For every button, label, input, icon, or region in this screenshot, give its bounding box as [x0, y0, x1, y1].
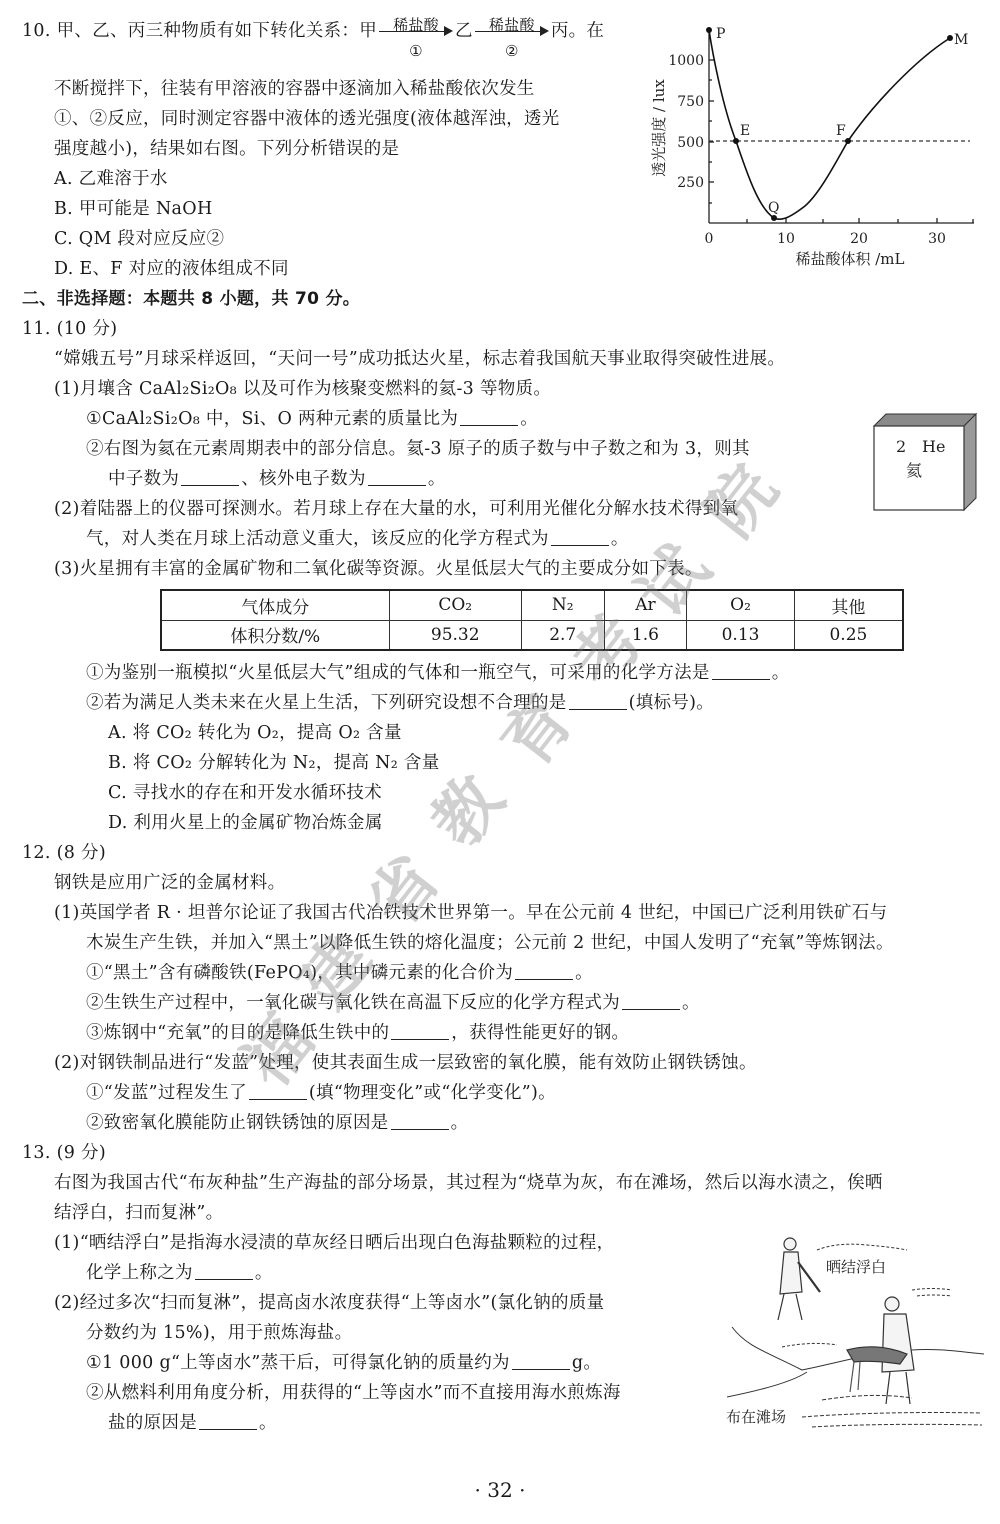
q10-number: 10.: [22, 21, 51, 41]
y-tick-labels: 1000 750 500 250: [668, 53, 704, 191]
q11-part2a: (2)着陆器上的仪器可探测水。若月球上存在大量的水，可利用光催化分解水技术得到氧: [54, 494, 738, 524]
svg-text:M: M: [954, 32, 968, 48]
figure-left: [778, 1238, 820, 1320]
q11-intro: “嫦娥五号”月球采样返回，“天问一号”成功抵达火星，标志着我国航天事业取得突破性…: [54, 344, 785, 374]
q13-header: 13. (9 分): [22, 1138, 106, 1168]
element-symbol: He: [922, 437, 945, 456]
answer-blank[interactable]: [512, 1352, 570, 1370]
q11-part1-1: ①CaAl₂Si₂O₈ 中，Si、O 两种元素的质量比为。: [86, 404, 538, 434]
q10-option-b: B. 甲可能是 NaOH: [54, 194, 213, 224]
q10-stem-line4: 强度越小)，结果如右图。下列分析错误的是: [54, 134, 399, 164]
q13-part2a: (2)经过多次“扫而复淋”，提高卤水浓度获得“上等卤水”(氯化钠的质量: [54, 1288, 604, 1318]
q11-part1-2b: 中子数为、核外电子数为。: [108, 464, 446, 494]
svg-text:1000: 1000: [668, 53, 704, 69]
q12-header: 12. (8 分): [22, 838, 106, 868]
q13-part1b: 化学上称之为。: [86, 1258, 273, 1288]
q13-intro-a: 右图为我国古代“布灰种盐”生产海盐的部分场景，其过程为“烧草为灰，布在滩场，然后…: [54, 1168, 883, 1198]
answer-blank[interactable]: [181, 468, 239, 486]
q12-part1-2: ②生铁生产过程中，一氧化碳与氧化铁在高温下反应的化学方程式为。: [86, 988, 700, 1018]
q11-part1: (1)月壤含 CaAl₂Si₂O₈ 以及可作为核聚变燃料的氦-3 等物质。: [54, 374, 551, 404]
arrow-icon: [444, 26, 453, 36]
answer-blank[interactable]: [622, 992, 680, 1010]
q11-part3-1: ①为鉴别一瓶模拟“火星低层大气”组成的气体和一瓶空气，可采用的化学方法是。: [86, 658, 790, 688]
q12-intro: 钢铁是应用广泛的金属材料。: [54, 868, 285, 898]
q13-part2b: 分数约为 15%)，用于煎炼海盐。: [86, 1318, 352, 1348]
answer-blank[interactable]: [199, 1412, 257, 1430]
answer-blank[interactable]: [515, 962, 573, 980]
x-axis-label: 稀盐酸体积 /mL: [795, 250, 904, 268]
arrow-icon: [540, 26, 549, 36]
q11-option-a: A. 将 CO₂ 转化为 O₂，提高 O₂ 含量: [108, 718, 402, 748]
q10-stem-line3: ①、②反应，同时测定容器中液体的透光强度(液体越浑浊，透光: [54, 104, 560, 134]
svg-text:10: 10: [777, 231, 795, 247]
svg-text:30: 30: [928, 231, 946, 247]
x-tick-labels: 0 10 20 30: [705, 231, 946, 247]
answer-blank[interactable]: [551, 528, 609, 546]
q11-part2b: 气，对人类在月球上活动意义重大，该反应的化学方程式为。: [86, 524, 629, 554]
answer-blank[interactable]: [391, 1112, 449, 1130]
salt-making-illustration: 晒结浮白 布在滩场: [722, 1222, 994, 1437]
mars-atmosphere-table: 气体成分CO₂N₂ ArO₂其他 体积分数/%95.322.7 1.60.130…: [160, 589, 904, 651]
q13-part2-2b: 盐的原因是。: [108, 1408, 277, 1438]
q10-option-c: C. QM 段对应反应②: [54, 224, 224, 254]
svg-text:E: E: [740, 123, 750, 139]
helium-element-card: 2 He 氦: [872, 412, 978, 512]
answer-blank[interactable]: [195, 1262, 253, 1280]
q10-stem-line1: 10. 甲、乙、丙三种物质有如下转化关系：甲稀盐酸①乙稀盐酸②丙。在: [22, 16, 604, 46]
q10-option-d: D. E、F 对应的液体组成不同: [54, 254, 289, 284]
q12-part1a: (1)英国学者 R · 坦普尔论证了我国古代冶铁技术世界第一。早在公元前 4 世…: [54, 898, 887, 928]
reaction-arrow-1: 稀盐酸①: [377, 16, 455, 46]
page-number: · 32 ·: [0, 1478, 1000, 1502]
answer-blank[interactable]: [460, 408, 518, 426]
section-2-heading: 二、非选择题：本题共 8 小题，共 70 分。: [22, 284, 360, 314]
q12-part2: (2)对钢铁制品进行“发蓝”处理，使其表面生成一层致密的氧化膜，能有效防止钢铁锈…: [54, 1048, 757, 1078]
illus-label-top: 晒结浮白: [826, 1258, 886, 1276]
q13-part1a: (1)“晒结浮白”是指海水浸渍的草灰经日晒后出现白色海盐颗粒的过程，: [54, 1228, 614, 1258]
illus-label-bottom: 布在滩场: [726, 1408, 786, 1426]
q10-stem-line2: 不断搅拌下，往装有甲溶液的容器中逐滴加入稀盐酸依次发生: [54, 74, 535, 104]
answer-blank[interactable]: [712, 662, 770, 680]
q11-option-d: D. 利用火星上的金属矿物冶炼金属: [108, 808, 383, 838]
q11-part3: (3)火星拥有丰富的金属矿物和二氧化碳等资源。火星低层大气的主要成分如下表。: [54, 554, 703, 584]
svg-text:P: P: [716, 26, 725, 42]
atomic-number: 2: [896, 437, 906, 456]
light-intensity-chart: 1000 750 500 250 0 10 20 30 稀盐酸体积 /mL 透光…: [640, 10, 1000, 280]
q10-option-a: A. 乙难溶于水: [54, 164, 168, 194]
svg-text:20: 20: [850, 231, 868, 247]
q12-part2-2: ②致密氧化膜能防止钢铁锈蚀的原因是。: [86, 1108, 468, 1138]
q11-header: 11. (10 分): [22, 314, 117, 344]
table-row: 体积分数/%95.322.7 1.60.130.25: [161, 620, 903, 650]
q11-option-c: C. 寻找水的存在和开发水循环技术: [108, 778, 382, 808]
element-name: 氦: [906, 461, 922, 480]
q11-part1-2a: ②右图为氦在元素周期表中的部分信息。氦-3 原子的质子数与中子数之和为 3，则其: [86, 434, 750, 464]
svg-text:0: 0: [705, 231, 714, 247]
figure-right: [847, 1297, 914, 1404]
answer-blank[interactable]: [391, 1022, 449, 1040]
q13-part2-1: ①1 000 g“上等卤水”蒸干后，可得氯化钠的质量约为g。: [86, 1348, 601, 1378]
table-header-row: 气体成分CO₂N₂ ArO₂其他: [161, 590, 903, 620]
svg-text:F: F: [836, 123, 846, 139]
q13-part2-2a: ②从燃料利用角度分析，用获得的“上等卤水”而不直接用海水煎炼海: [86, 1378, 621, 1408]
svg-text:250: 250: [677, 175, 704, 191]
answer-blank[interactable]: [368, 468, 426, 486]
q13-intro-b: 结浮白，扫而复淋”。: [54, 1198, 223, 1228]
q12-part2-1: ①“发蓝”过程发生了(填“物理变化”或“化学变化”)。: [86, 1078, 556, 1108]
q12-part1-3: ③炼钢中“充氧”的目的是降低生铁中的，获得性能更好的钢。: [86, 1018, 629, 1048]
q12-part1b: 木炭生产生铁，并加入“黑土”以降低生铁的熔化温度；公元前 2 世纪，中国人发明了…: [86, 928, 894, 958]
svg-text:750: 750: [677, 94, 704, 110]
svg-text:500: 500: [677, 135, 704, 151]
q11-option-b: B. 将 CO₂ 分解转化为 N₂，提高 N₂ 含量: [108, 748, 440, 778]
reaction-arrow-2: 稀盐酸②: [473, 16, 551, 46]
svg-text:Q: Q: [768, 200, 779, 216]
y-axis-label: 透光强度 / lux: [650, 79, 668, 177]
